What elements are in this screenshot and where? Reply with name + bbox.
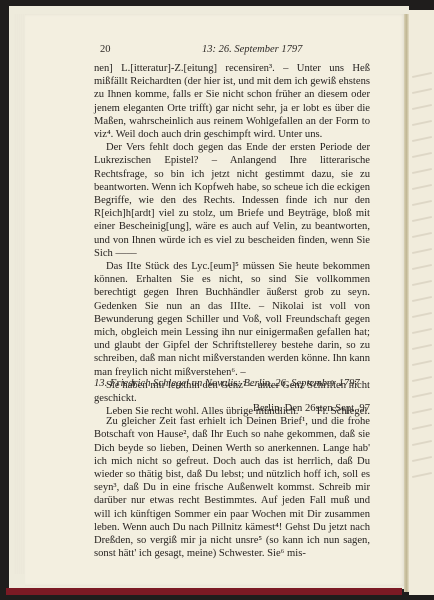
- paragraph: Das IIte Stück des Lyc.[eum]⁵ müssen Sie…: [94, 260, 370, 379]
- paragraph: nen] L.[itteratur]-Z.[eitung] recensiren…: [94, 62, 370, 141]
- facing-page-edge: [409, 10, 434, 595]
- running-header: 13: 26. September 1797: [202, 44, 302, 55]
- paragraph: Der Vers fehlt doch gegen das Ende der e…: [94, 141, 370, 260]
- dateline: Berlin. Den 26sten Sept. 97: [94, 402, 370, 415]
- letter-12-continuation: nen] L.[itteratur]-Z.[eitung] recensiren…: [94, 62, 370, 418]
- book-cover-bottom-edge: [6, 588, 402, 595]
- page-number: 20: [100, 44, 111, 55]
- letter-13-title: 13. Friedrich Schlegel an Novalis: Berli…: [94, 378, 370, 389]
- letter-13: Berlin. Den 26sten Sept. 97 Zu gleicher …: [94, 402, 370, 560]
- paragraph: Zu gleicher Zeit fast erhielt ich Deinen…: [94, 415, 370, 560]
- page-header: 20 13: 26. September 1797: [94, 44, 370, 58]
